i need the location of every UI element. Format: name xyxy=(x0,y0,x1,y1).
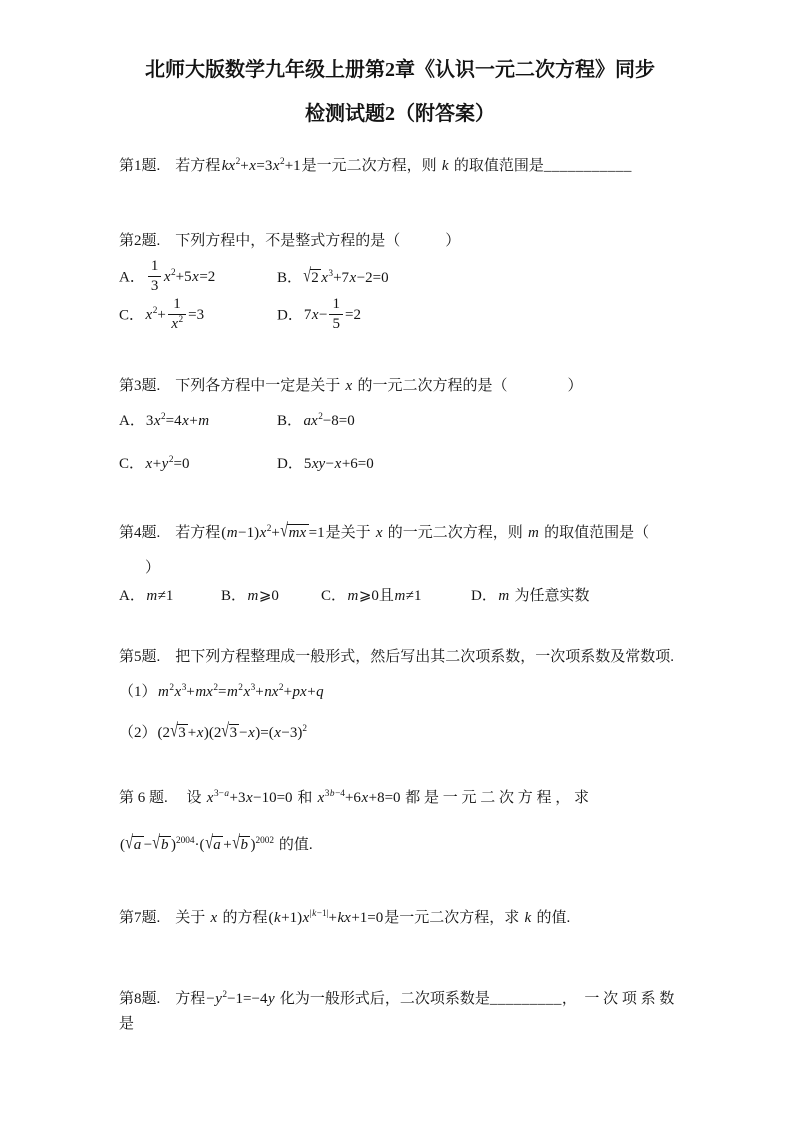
text-segment: 第3题. 下列各方程中一定是关于 xyxy=(119,378,344,394)
question-3-options-row-2: C．x+y2=0 D．5xy−x+6=0 xyxy=(119,452,681,477)
math-segment: k xyxy=(440,158,450,174)
question-2-option-d: D．7x−15=2 xyxy=(277,298,362,334)
math-segment: k xyxy=(523,910,533,926)
question-3-option-b: B．ax2−8=0 xyxy=(277,409,356,434)
text-segment: B． xyxy=(277,413,302,429)
answer-blank: ___________ xyxy=(544,158,632,174)
question-4-option-a: A．m≠1 xyxy=(119,584,221,609)
text-segment: 为任意实数 xyxy=(511,588,590,604)
math-segment: x3b−4+6x+8=0 xyxy=(316,790,401,806)
math-segment: (2√3+x)(2√3−x)=(x−3)2 xyxy=(157,725,309,741)
text-segment: D． xyxy=(277,307,303,323)
math-segment: m2x3+mx2=m2x3+nx2+px+q xyxy=(157,684,326,700)
question-8: 第8题. 方程−y2−1=−4y 化为一般形式后，二次项系数是_________… xyxy=(119,987,681,1037)
question-6-line-2: (√a−√b)2004·(√a+√b)2002 的值. xyxy=(119,833,681,858)
math-segment: m≠1 xyxy=(145,588,175,604)
question-6-line-1: 第 6 题. 设 x3−a+3x−10=0 和 x3b−4+6x+8=0 都 是… xyxy=(119,786,681,811)
text-segment: 第8题. 方程 xyxy=(119,991,205,1007)
math-segment: √2x3+7x−2=0 xyxy=(302,270,390,286)
text-segment: 的方程 xyxy=(219,910,268,926)
text-segment: 都 是 一 元 二 次 方 程 ， 求 xyxy=(402,790,590,806)
math-segment: 13x2+5x=2 xyxy=(145,269,216,285)
text-segment: D． xyxy=(277,456,303,472)
math-segment: (k+1)x|k−1|+kx+1=0 xyxy=(267,910,384,926)
math-segment: x xyxy=(374,525,384,541)
question-1: 第1题. 若方程kx2+x=3x2+1是一元二次方程，则 k 的取值范围是___… xyxy=(119,154,681,179)
question-4-option-b: B．m⩾0 xyxy=(221,584,321,609)
math-segment: (m−1)x2+√mx=1 xyxy=(220,525,325,541)
text-segment: 是一元二次方程，则 xyxy=(302,158,441,174)
text-segment: ） xyxy=(145,560,160,576)
question-3-option-a: A．3x2=4x+m xyxy=(119,409,277,434)
math-segment: x2+1x2=3 xyxy=(144,307,205,323)
document-title-line-2: 检测试题2（附答案） xyxy=(119,100,681,128)
text-segment: B． xyxy=(277,270,302,286)
text-segment: C． xyxy=(119,307,144,323)
question-2-header: 第2题. 下列方程中，不是整式方程的是（ ） xyxy=(119,229,681,254)
text-segment: C． xyxy=(119,456,144,472)
text-segment: 第5题. 把下列方程整理成一般形式，然后写出其二次项系数，一次项系数及常数项. xyxy=(119,649,674,665)
question-3-header: 第3题. 下列各方程中一定是关于 x 的一元二次方程的是（ ） xyxy=(119,374,681,399)
text-segment: 第2题. 下列方程中，不是整式方程的是（ ） xyxy=(119,233,460,249)
math-segment: (√a−√b)2004·(√a+√b)2002 xyxy=(119,837,275,853)
text-segment: D． xyxy=(471,588,497,604)
math-segment: x xyxy=(209,910,219,926)
question-7: 第7题. 关于 x 的方程(k+1)x|k−1|+kx+1=0是一元二次方程，求… xyxy=(119,906,681,931)
question-2-options-row-2: C．x2+1x2=3 D．7x−15=2 xyxy=(119,298,681,334)
math-segment: 5xy−x+6=0 xyxy=(303,456,375,472)
question-4-option-c: C．m⩾0且m≠1 xyxy=(321,584,471,609)
text-segment: 第 6 题. 设 xyxy=(119,790,205,806)
text-segment: A． xyxy=(119,588,145,604)
text-segment: 的一元二次方程的是（ ） xyxy=(354,378,583,394)
question-2-option-b: B．√2x3+7x−2=0 xyxy=(277,266,390,291)
text-segment: 第1题. 若方程 xyxy=(119,158,220,174)
answer-blank: _________ xyxy=(490,991,562,1007)
math-segment: x3−a+3x−10=0 xyxy=(205,790,293,806)
text-segment: 是关于 xyxy=(326,525,375,541)
question-4-line-1: 第4题. 若方程(m−1)x2+√mx=1是关于 x 的一元二次方程，则 m 的… xyxy=(119,521,681,546)
text-segment: 的一元二次方程，则 xyxy=(384,525,527,541)
question-4-options-row: A．m≠1 B．m⩾0 C．m⩾0且m≠1 D．m 为任意实数 xyxy=(119,584,681,609)
text-segment: 化为一般形式后，二次项系数是 xyxy=(276,991,490,1007)
text-segment: 和 xyxy=(294,790,317,806)
math-segment: −y2−1=−4y xyxy=(205,991,276,1007)
text-segment: （1） xyxy=(119,684,157,700)
math-segment: m xyxy=(497,588,511,604)
question-5-item-1: （1）m2x3+mx2=m2x3+nx2+px+q xyxy=(119,680,681,705)
text-segment: 是一元二次方程，求 xyxy=(384,910,523,926)
question-2-option-a: A．13x2+5x=2 xyxy=(119,260,277,296)
math-segment: ax2−8=0 xyxy=(302,413,356,429)
text-segment: 的取值范围是（ xyxy=(540,525,649,541)
worksheet-page: 北师大版数学九年级上册第2章《认识一元二次方程》同步 检测试题2（附答案） 第1… xyxy=(0,0,793,1122)
text-segment: 的值. xyxy=(533,910,571,926)
text-segment: （2） xyxy=(119,725,157,741)
question-3-option-d: D．5xy−x+6=0 xyxy=(277,452,375,477)
text-segment: A． xyxy=(119,269,145,285)
text-segment: C． xyxy=(321,588,346,604)
math-segment: m⩾0 xyxy=(246,588,280,604)
text-segment: 的取值范围是 xyxy=(450,158,544,174)
question-5-item-2: （2）(2√3+x)(2√3−x)=(x−3)2 xyxy=(119,721,681,746)
math-segment: 3x2=4x+m xyxy=(145,413,211,429)
question-2-option-c: C．x2+1x2=3 xyxy=(119,298,277,334)
question-2-options-row-1: A．13x2+5x=2 B．√2x3+7x−2=0 xyxy=(119,260,681,296)
math-segment: 7x−15=2 xyxy=(303,307,362,323)
text-segment: B． xyxy=(221,588,246,604)
text-segment: 的值. xyxy=(275,837,313,853)
math-segment: m xyxy=(527,525,541,541)
text-segment: 第7题. 关于 xyxy=(119,910,209,926)
math-segment: x xyxy=(344,378,354,394)
math-segment: m⩾0且m≠1 xyxy=(346,588,423,604)
document-title-line-1: 北师大版数学九年级上册第2章《认识一元二次方程》同步 xyxy=(119,56,681,84)
question-3-options-row-1: A．3x2=4x+m B．ax2−8=0 xyxy=(119,409,681,434)
math-segment: kx2+x=3x2+1 xyxy=(220,158,301,174)
text-segment: 第4题. 若方程 xyxy=(119,525,220,541)
question-3-option-c: C．x+y2=0 xyxy=(119,452,277,477)
question-4-closing-paren: ） xyxy=(119,558,681,578)
math-segment: x+y2=0 xyxy=(144,456,190,472)
text-segment: A． xyxy=(119,413,145,429)
question-4-option-d: D．m 为任意实数 xyxy=(471,584,589,609)
question-5-header: 第5题. 把下列方程整理成一般形式，然后写出其二次项系数，一次项系数及常数项. xyxy=(119,645,681,670)
